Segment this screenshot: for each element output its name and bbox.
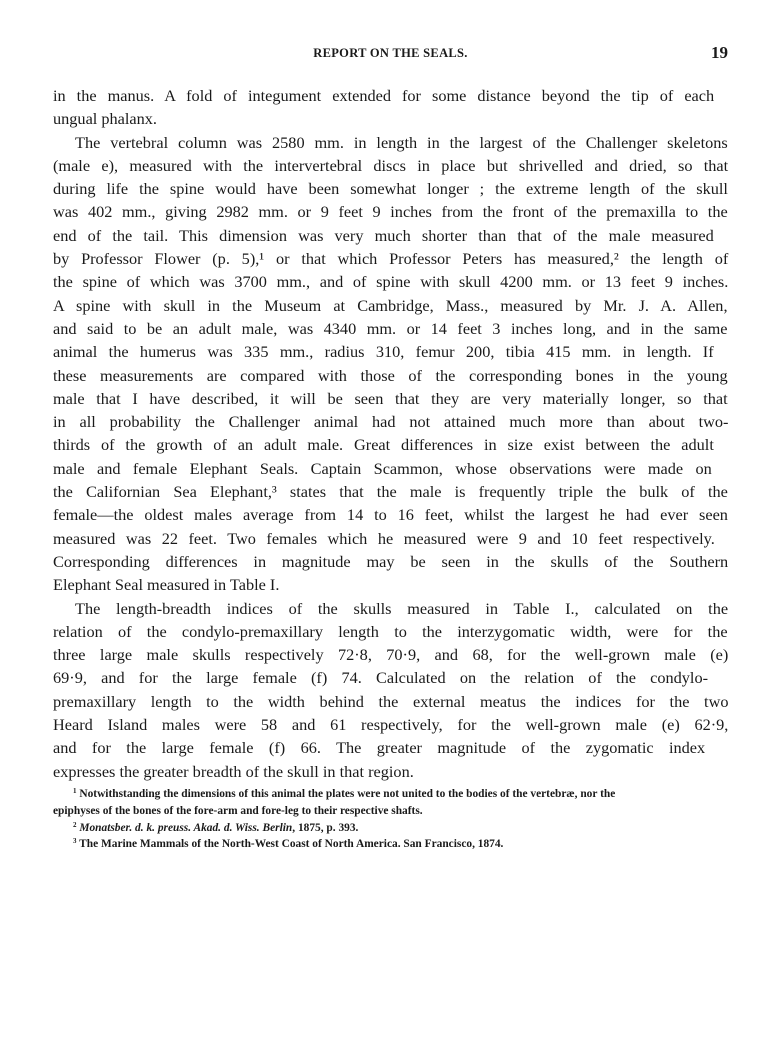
- text-line: in all probability the Challenger animal…: [53, 410, 728, 433]
- footnote-marker: 3: [73, 837, 77, 845]
- footnote-citation-title: Monatsber. d. k. preuss. Akad. d. Wiss. …: [79, 822, 292, 834]
- text-line: premaxillary length to the width behind …: [53, 690, 728, 713]
- footnote-citation-rest: , 1875, p. 393.: [292, 822, 358, 834]
- footnote-line: epiphyses of the bones of the fore-arm a…: [53, 803, 728, 820]
- text-line: female—the oldest males average from 14 …: [53, 503, 728, 526]
- footnote-line: 3 The Marine Mammals of the North-West C…: [53, 836, 728, 853]
- paragraph: The vertebral column was 2580 mm. in len…: [53, 131, 728, 597]
- footnote-marker: 1: [73, 787, 77, 795]
- footnote-line: 2 Monatsber. d. k. preuss. Akad. d. Wiss…: [53, 820, 728, 837]
- text-line: three large male skulls respectively 72·…: [53, 643, 728, 666]
- text-line: was 402 mm., giving 2982 mm. or 9 feet 9…: [53, 200, 728, 223]
- text-line: these measurements are compared with tho…: [53, 364, 728, 387]
- text-line: ungual phalanx.: [53, 107, 728, 130]
- text-line: thirds of the growth of an adult male. G…: [53, 433, 728, 456]
- body-text: in the manus. A fold of integument exten…: [53, 84, 728, 783]
- text-line: 69·9, and for the large female (f) 74. C…: [53, 666, 728, 689]
- running-header: REPORT ON THE SEALS. 19: [53, 46, 728, 66]
- footnote-3: 3 The Marine Mammals of the North-West C…: [53, 836, 728, 853]
- text-line: male and female Elephant Seals. Captain …: [53, 457, 728, 480]
- text-line: Elephant Seal measured in Table I.: [53, 573, 728, 596]
- text-line: end of the tail. This dimension was very…: [53, 224, 728, 247]
- text-line: relation of the condylo-premaxillary len…: [53, 620, 728, 643]
- footnotes: 1 Notwithstanding the dimensions of this…: [53, 786, 728, 853]
- text-line: (male e), measured with the intervertebr…: [53, 154, 728, 177]
- text-line: The length-breadth indices of the skulls…: [53, 597, 728, 620]
- text-line: Corresponding differences in magnitude m…: [53, 550, 728, 573]
- text-line: by Professor Flower (p. 5),¹ or that whi…: [53, 247, 728, 270]
- text-line: expresses the greater breadth of the sku…: [53, 760, 728, 783]
- footnote-line: 1 Notwithstanding the dimensions of this…: [53, 786, 728, 803]
- footnote-text: The Marine Mammals of the North-West Coa…: [79, 838, 503, 850]
- text-line: measured was 22 feet. Two females which …: [53, 527, 728, 550]
- text-line: during life the spine would have been so…: [53, 177, 728, 200]
- text-line: male that I have described, it will be s…: [53, 387, 728, 410]
- text-line: The vertebral column was 2580 mm. in len…: [53, 131, 728, 154]
- page-number: 19: [711, 43, 728, 63]
- running-title: REPORT ON THE SEALS.: [53, 46, 728, 61]
- paragraph: The length-breadth indices of the skulls…: [53, 597, 728, 783]
- text-line: the spine of which was 3700 mm., and of …: [53, 270, 728, 293]
- footnote-2: 2 Monatsber. d. k. preuss. Akad. d. Wiss…: [53, 820, 728, 837]
- text-line: animal the humerus was 335 mm., radius 3…: [53, 340, 728, 363]
- text-line: in the manus. A fold of integument exten…: [53, 84, 728, 107]
- text-line: Heard Island males were 58 and 61 respec…: [53, 713, 728, 736]
- footnote-marker: 2: [73, 821, 77, 829]
- paragraph: in the manus. A fold of integument exten…: [53, 84, 728, 131]
- text-line: the Californian Sea Elephant,³ states th…: [53, 480, 728, 503]
- footnote-text: Notwithstanding the dimensions of this a…: [79, 788, 615, 800]
- footnote-1: 1 Notwithstanding the dimensions of this…: [53, 786, 728, 820]
- text-line: and for the large female (f) 66. The gre…: [53, 736, 728, 759]
- text-line: A spine with skull in the Museum at Camb…: [53, 294, 728, 317]
- text-line: and said to be an adult male, was 4340 m…: [53, 317, 728, 340]
